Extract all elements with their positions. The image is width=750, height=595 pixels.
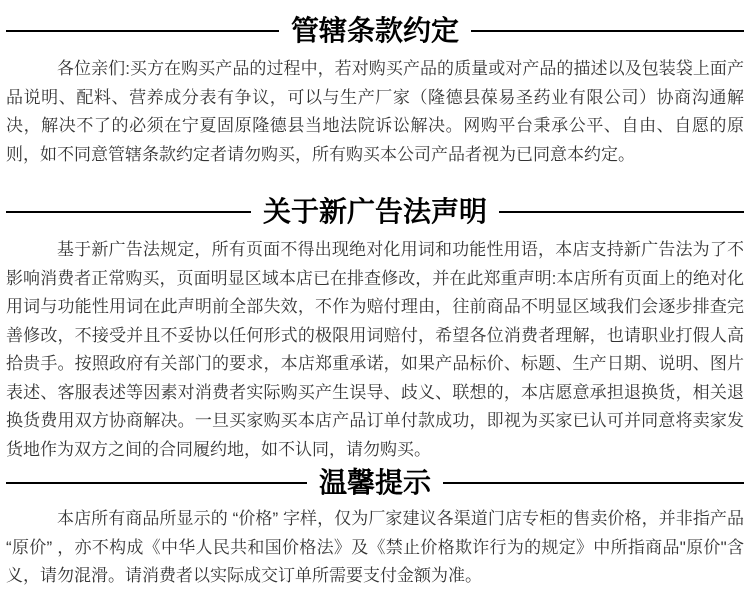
warm-tips-title: 温馨提示 [307, 466, 443, 499]
section-ad-law-statement: 关于新广告法声明 基于新广告法规定，所有页面不得出现绝对化用词和功能性用语，本店… [6, 195, 744, 464]
section-jurisdiction: 管辖条款约定 各位亲们:买方在购买产品的过程中，若对购买产品的质量或对产品的描述… [6, 14, 744, 169]
disclaimer-page: 管辖条款约定 各位亲们:买方在购买产品的过程中，若对购买产品的质量或对产品的描述… [0, 0, 750, 595]
header-rule-left [6, 482, 307, 484]
header-rule-right [499, 211, 744, 213]
warm-tips-header: 温馨提示 [6, 466, 744, 499]
header-rule-left [6, 211, 251, 213]
header-rule-right [443, 482, 744, 484]
ad-law-paragraph: 基于新广告法规定，所有页面不得出现绝对化用词和功能性用语，本店支持新广告法为了不… [6, 236, 744, 464]
jurisdiction-title: 管辖条款约定 [279, 14, 471, 47]
section-warm-tips: 温馨提示 本店所有商品所显示的 “价格” 字样，仅为厂家建议各渠道门店专柜的售卖… [6, 466, 744, 591]
warm-tips-paragraph: 本店所有商品所显示的 “价格” 字样，仅为厂家建议各渠道门店专柜的售卖价格，并非… [6, 505, 744, 591]
header-rule-left [6, 30, 279, 32]
ad-law-title: 关于新广告法声明 [251, 195, 499, 228]
header-rule-right [471, 30, 744, 32]
jurisdiction-header: 管辖条款约定 [6, 14, 744, 47]
jurisdiction-paragraph: 各位亲们:买方在购买产品的过程中，若对购买产品的质量或对产品的描述以及包装袋上面… [6, 55, 744, 169]
ad-law-header: 关于新广告法声明 [6, 195, 744, 228]
